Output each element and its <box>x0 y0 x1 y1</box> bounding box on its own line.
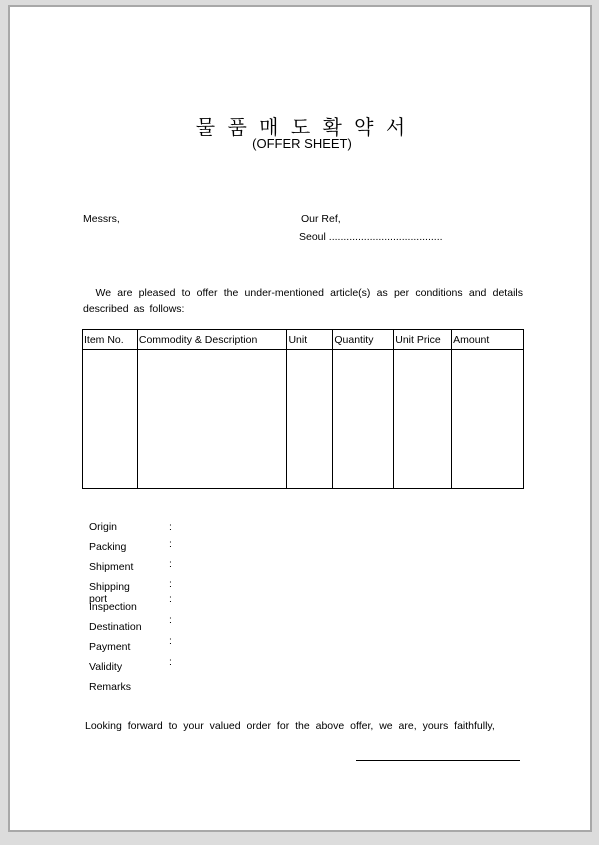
term-label: Remarks <box>89 681 131 693</box>
column-header-quantity: Quantity <box>333 330 394 350</box>
term-colon: : <box>169 578 172 590</box>
cell-quantity[interactable] <box>333 350 394 489</box>
column-header-item-no: Item No. <box>83 330 138 350</box>
column-header-unit-price: Unit Price <box>394 330 452 350</box>
term-label: Shipment <box>89 561 133 573</box>
our-ref-label: Our Ref, <box>301 213 341 225</box>
term-label: Destination <box>89 621 142 633</box>
table-header-row: Item No. Commodity & Description Unit Qu… <box>83 330 524 350</box>
cell-commodity[interactable] <box>137 350 287 489</box>
column-header-commodity: Commodity & Description <box>137 330 287 350</box>
messrs-label: Messrs, <box>83 213 120 225</box>
term-colon: : <box>169 558 172 570</box>
table-row <box>83 350 524 489</box>
term-label: Inspection <box>89 601 137 613</box>
intro-text: We are pleased to offer the under-mentio… <box>83 287 523 315</box>
term-label: Origin <box>89 521 117 533</box>
cell-amount[interactable] <box>452 350 524 489</box>
term-colon: : <box>169 593 172 605</box>
term-label: Validity <box>89 661 122 673</box>
column-header-unit: Unit <box>287 330 333 350</box>
term-colon: : <box>169 538 172 550</box>
term-colon: : <box>169 614 172 626</box>
cell-item-no[interactable] <box>83 350 138 489</box>
document-title-english: (OFFER SHEET) <box>10 136 594 151</box>
term-label: Payment <box>89 641 130 653</box>
intro-paragraph: We are pleased to offer the under-mentio… <box>83 285 523 317</box>
offer-table: Item No. Commodity & Description Unit Qu… <box>82 329 524 489</box>
seoul-date-line: Seoul ..................................… <box>299 231 443 243</box>
term-colon: : <box>169 635 172 647</box>
signature-line[interactable] <box>356 760 520 761</box>
document-page: 물 품 매 도 확 약 서 (OFFER SHEET) Messrs, Our … <box>8 5 592 832</box>
closing-text: Looking forward to your valued order for… <box>85 720 521 732</box>
term-colon: : <box>169 521 172 533</box>
term-label: Packing <box>89 541 126 553</box>
cell-unit[interactable] <box>287 350 333 489</box>
term-colon: : <box>169 656 172 668</box>
column-header-amount: Amount <box>452 330 524 350</box>
cell-unit-price[interactable] <box>394 350 452 489</box>
